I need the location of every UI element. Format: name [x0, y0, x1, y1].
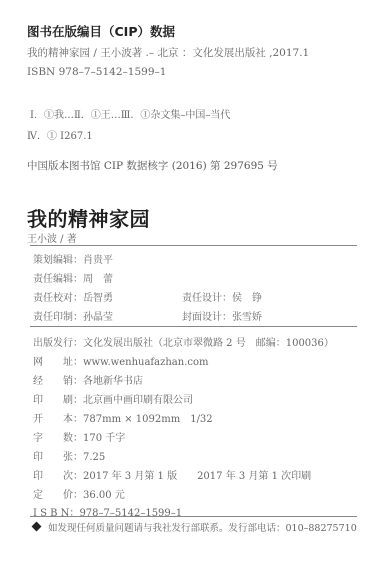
credit-value: 侯 铮 [232, 293, 262, 304]
pub-value: 7.25 [83, 452, 105, 463]
credit-label: 责任设计： [182, 293, 232, 304]
book-author: 王小波 / 著 [27, 230, 77, 245]
cip-heading: 图书在版编目（CIP）数据 [27, 22, 175, 40]
credit-row: 责任校对：岳智勇 [33, 289, 113, 304]
pub-label: 开 本： [33, 414, 83, 425]
credit-value: 岳智勇 [83, 293, 113, 304]
cip-record-number: 中国版本图书馆 CIP 数据核字 (2016) 第 297695 号 [27, 158, 278, 173]
pub-value: 文化发展出版社（北京市翠微路 2 号 邮编：100036） [83, 338, 334, 349]
credit-row-right: 封面设计：张雪娇 [182, 308, 262, 323]
credit-value: 周 蕾 [83, 274, 113, 285]
pub-value: 978–7–5142–1599–1 [79, 508, 182, 519]
pub-row: 印 张：7.25 [33, 448, 105, 463]
cip-classification-1: Ⅰ．①我…Ⅱ．①王…Ⅲ．①杂文集–中国–当代 [30, 106, 230, 121]
credit-label: 责任编辑： [33, 274, 83, 285]
pub-row: 经 销：各地新华书店 [33, 372, 143, 387]
book-title: 我的精神家园 [27, 203, 150, 232]
credit-label: 封面设计： [182, 312, 232, 323]
pub-label: 字 数： [33, 433, 83, 444]
pub-label: I S B N： [33, 508, 79, 519]
notice-text: 如发现任何质量问题请与我社发行部联系。发行部电话：010–88275710 [48, 523, 357, 534]
credit-label: 策划编辑： [33, 255, 83, 266]
pub-value: 170 千字 [83, 433, 125, 444]
pub-row: 定 价：36.00 元 [33, 486, 125, 501]
pub-row: 印 刷：北京画中画印刷有限公司 [33, 391, 193, 406]
cip-isbn-line: ISBN 978–7–5142–1599–1 [27, 66, 166, 78]
credit-row-right: 责任设计：侯 铮 [182, 289, 262, 304]
credit-label: 责任校对： [33, 293, 83, 304]
pub-value: 36.00 元 [83, 490, 125, 501]
pub-row: 网 址：www.wenhuafazhan.com [33, 353, 209, 368]
diamond-bullet-icon [32, 522, 42, 532]
pub-row: 出版发行：文化发展出版社（北京市翠微路 2 号 邮编：100036） [33, 334, 334, 349]
pub-row: 字 数：170 千字 [33, 429, 125, 444]
cip-bibliographic-line: 我的精神家园 / 王小波著 .– 北京 ：文化发展出版社 ,2017.1 [27, 45, 309, 60]
credit-row: 责任印制：孙晶莹 [33, 308, 113, 323]
pub-label: 印 刷： [33, 395, 83, 406]
pub-value: 2017 年 3 月第 1 版 2017 年 3 月第 1 次印刷 [83, 471, 311, 482]
credit-row: 策划编辑：肖贵平 [33, 251, 113, 266]
pub-value: 各地新华书店 [83, 376, 143, 387]
divider [30, 245, 357, 246]
pub-row: 印 次：2017 年 3 月第 1 版 2017 年 3 月第 1 次印刷 [33, 467, 311, 482]
pub-label: 出版发行： [33, 338, 83, 349]
pub-label: 定 价： [33, 490, 83, 501]
credit-value: 肖贵平 [83, 255, 113, 266]
quality-notice: 如发现任何质量问题请与我社发行部联系。发行部电话：010–88275710 [33, 520, 357, 534]
credit-label: 责任印制： [33, 312, 83, 323]
credit-row: 责任编辑：周 蕾 [33, 270, 113, 285]
pub-value: www.wenhuafazhan.com [83, 357, 209, 368]
divider [30, 516, 357, 517]
divider [30, 326, 357, 327]
pub-label: 网 址： [33, 357, 83, 368]
pub-label: 经 销： [33, 376, 83, 387]
cip-classification-2: Ⅳ．① I267.1 [27, 127, 93, 142]
pub-value: 北京画中画印刷有限公司 [83, 395, 193, 406]
credit-value: 张雪娇 [232, 312, 262, 323]
credit-value: 孙晶莹 [83, 312, 113, 323]
pub-value: 787mm × 1092mm 1/32 [83, 414, 213, 425]
pub-label: 印 次： [33, 471, 83, 482]
pub-row: 开 本：787mm × 1092mm 1/32 [33, 410, 213, 425]
pub-label: 印 张： [33, 452, 83, 463]
